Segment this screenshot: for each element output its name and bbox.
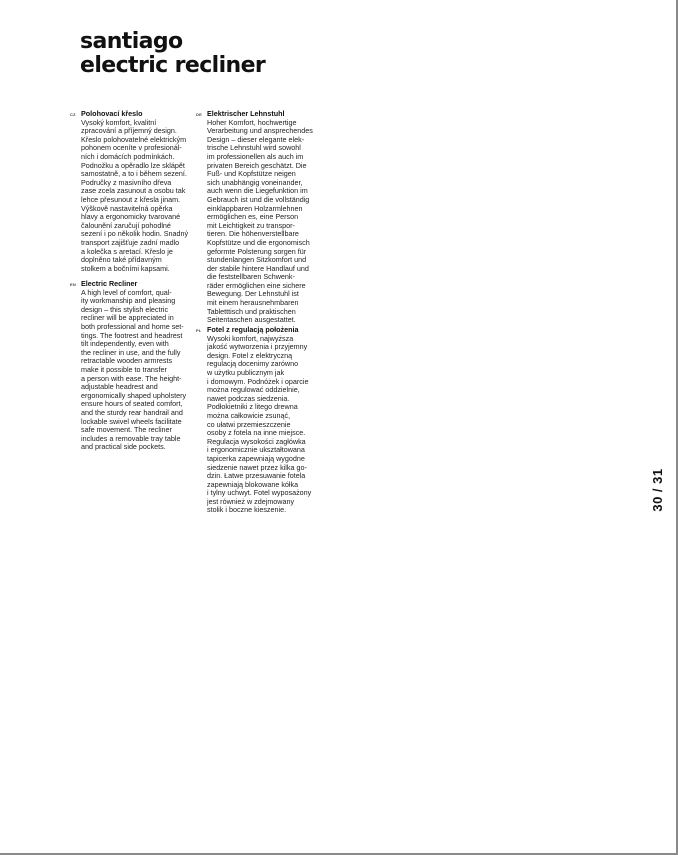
product-title-line-1: santiago bbox=[80, 30, 265, 54]
page-number: 30 / 31 bbox=[650, 460, 666, 520]
language-label-cz: CZ bbox=[70, 112, 76, 117]
product-title: santiago electric recliner bbox=[80, 30, 265, 78]
section-en: EN Electric Recliner A high level of com… bbox=[81, 280, 201, 452]
language-label-en: EN bbox=[70, 282, 76, 287]
section-body-cz: Vysoký komfort, kvalitní zpracování a př… bbox=[81, 119, 201, 274]
text-line: Seitentaschen ausgestattet. bbox=[207, 316, 327, 325]
section-body-pl: Wysoki komfort, najwyższa jakość wytworz… bbox=[207, 335, 327, 515]
language-label-de: DE bbox=[196, 112, 202, 117]
language-label-pl: PL bbox=[196, 328, 202, 333]
section-cz: CZ Polohovací křeslo Vysoký komfort, kva… bbox=[81, 110, 201, 273]
text-line: stolkem a bočními kapsami. bbox=[81, 265, 201, 274]
section-body-de: Hoher Komfort, hochwertige Verarbeitung … bbox=[207, 119, 327, 325]
text-line: and practical side pockets. bbox=[81, 443, 201, 452]
section-de: DE Elektrischer Lehnstuhl Hoher Komfort,… bbox=[207, 110, 327, 325]
section-body-en: A high level of comfort, qual- ity workm… bbox=[81, 289, 201, 452]
product-title-line-2: electric recliner bbox=[80, 54, 265, 78]
text-line: stolik i boczne kieszenie. bbox=[207, 506, 327, 515]
section-pl: PL Fotel z regulacją położenia Wysoki ko… bbox=[207, 326, 327, 515]
